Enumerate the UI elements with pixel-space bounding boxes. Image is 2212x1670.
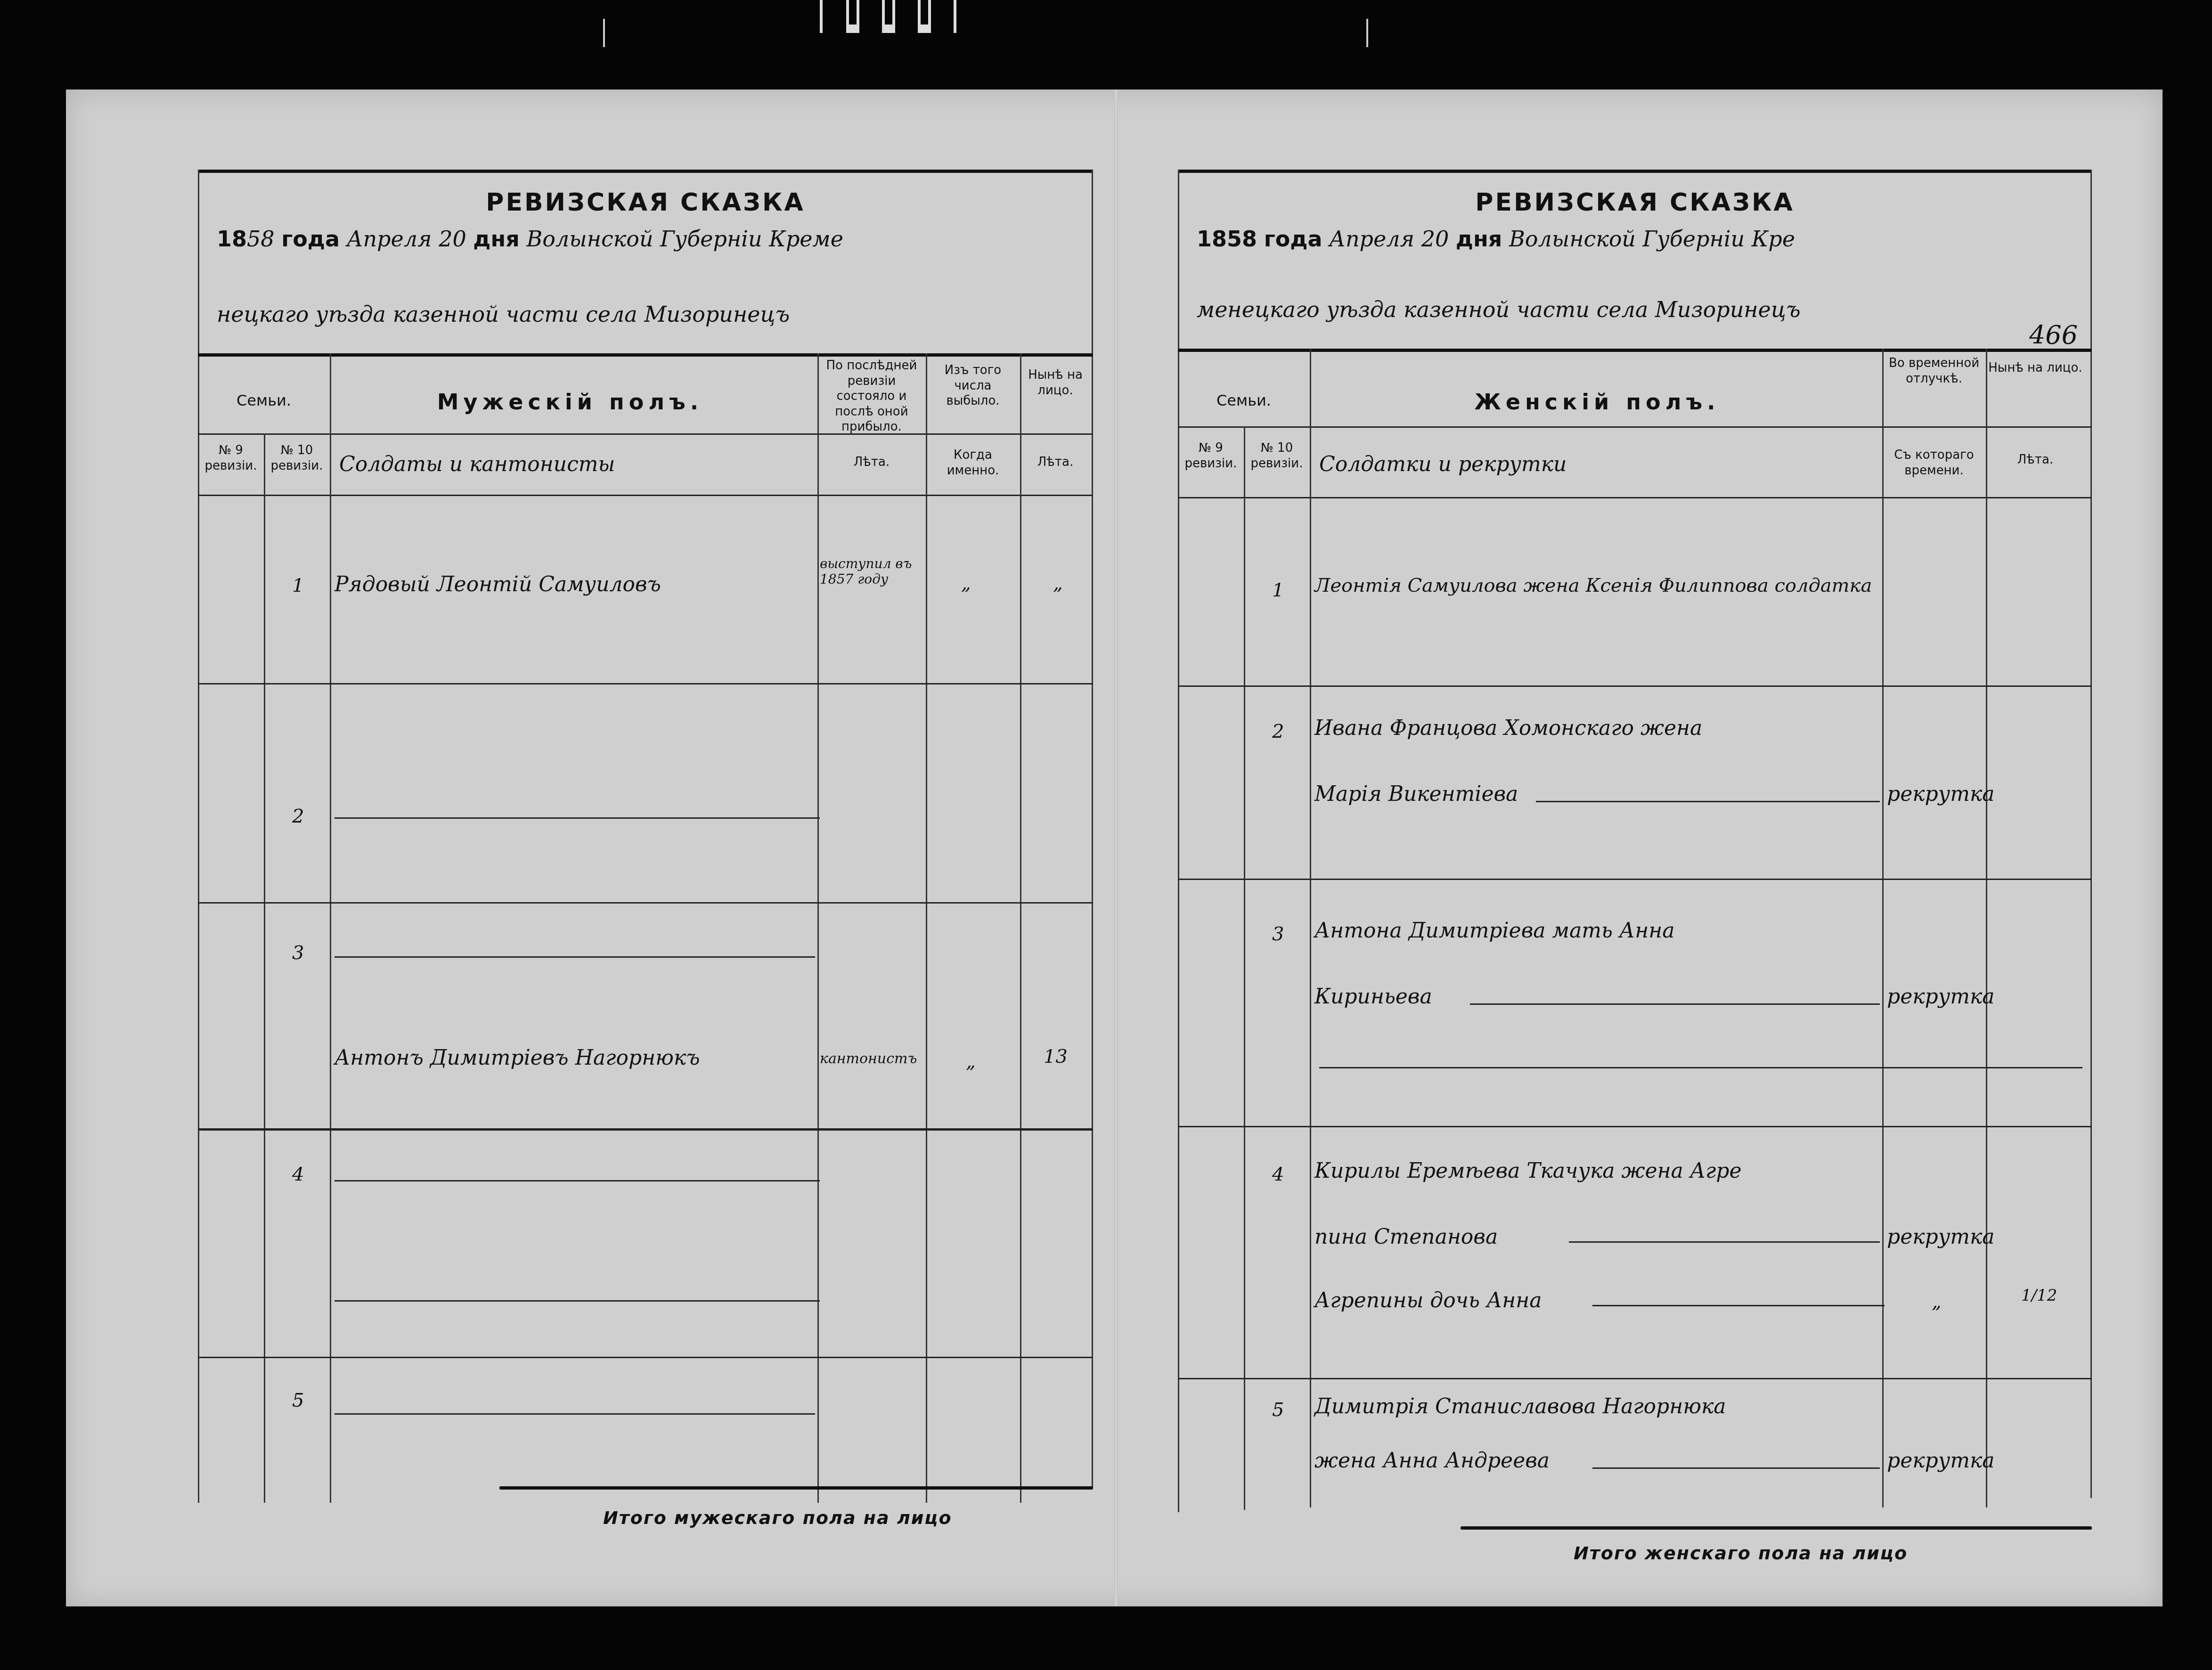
female-entry-line: жена Анна Андреева (1314, 1449, 1550, 1473)
col-families: Семьи. (1183, 391, 1305, 410)
male-entry-name: Антонъ Димитріевъ Нагорнюкъ (335, 1046, 700, 1070)
row-number: 1 (1272, 579, 1284, 601)
row-number: 5 (1272, 1399, 1284, 1421)
absence-status: рекрутка (1887, 1225, 1994, 1249)
section-label: Солдатки и рекрутки (1319, 452, 1567, 476)
female-entry-line: Марія Викентіева (1314, 782, 1518, 806)
col-since: Съ котораго времени. (1885, 448, 1983, 478)
folio-number: 466 (2029, 320, 2078, 350)
ditto-mark: „ (966, 1051, 976, 1072)
col-no10: № 10 ревизіи. (1244, 440, 1310, 471)
col-last-revision: По послѣдней ревизіи состояло и послѣ он… (820, 358, 923, 435)
ditto-mark: „ (961, 572, 971, 594)
col-absence: Во временной отлучкѣ. (1885, 356, 1983, 386)
male-entry-name: Рядовый Леонтій Самуиловъ (335, 572, 661, 596)
ledger-spread: РЕВИЗСКАЯ СКАЗКА 1858 года Апреля 20 дня… (66, 90, 2163, 1606)
female-total-label: Итого женскаго пола на лицо (1574, 1543, 1908, 1564)
female-entry-line: Кириньева (1314, 985, 1432, 1009)
col-no9: № 9 ревизіи. (1180, 440, 1241, 471)
col-years: Лѣта. (1988, 452, 2082, 468)
left-page-male: РЕВИЗСКАЯ СКАЗКА 1858 года Апреля 20 дня… (198, 170, 1093, 1536)
frame-tick (1366, 19, 1368, 47)
header-location-line: нецкаго уѣзда казенной части села Мизори… (217, 301, 1084, 327)
male-entry-status: кантонистъ (820, 1051, 917, 1067)
absence-status: рекрутка (1887, 985, 1994, 1009)
row-number: 4 (1272, 1164, 1284, 1185)
row-number: 3 (292, 942, 304, 964)
absence-status: рекрутка (1887, 782, 1994, 806)
col-when: Когда именно. (928, 448, 1018, 478)
male-total-label: Итого мужескаго пола на лицо (603, 1507, 952, 1528)
book-fold (1114, 90, 1118, 1606)
female-entry-line: Антона Димитріева мать Анна (1314, 919, 1674, 943)
row-number: 3 (1272, 923, 1284, 945)
col-present: Нынѣ на лицо. (1988, 360, 2082, 376)
male-entry-status: выступил въ 1857 году (820, 556, 923, 587)
col-present: Нынѣ на лицо. (1020, 367, 1091, 398)
col-no10: № 10 ревизіи. (264, 443, 330, 473)
digit-fragment (846, 0, 859, 33)
header-date-line: 1858 года Апреля 20 дня Волынской Губерн… (217, 226, 1084, 252)
frame-tick (603, 19, 605, 47)
female-entry-line: Димитрія Станиславова Нагорнюка (1314, 1394, 1726, 1418)
row-number: 5 (292, 1390, 304, 1411)
digit-fragment (918, 0, 931, 33)
row-number: 4 (292, 1164, 304, 1185)
section-label: Солдаты и кантонисты (339, 452, 615, 476)
header-location-line: менецкаго уѣзда казенной части села Мизо… (1197, 297, 2082, 322)
digit-fragment (954, 0, 957, 33)
header-date-line: 1858 года Апреля 20 дня Волынской Губерн… (1197, 226, 2082, 252)
right-page-female: РЕВИЗСКАЯ СКАЗКА 1858 года Апреля 20 дня… (1178, 170, 2092, 1536)
col-no9: № 9 ревизіи. (200, 443, 261, 473)
female-entry-line: Леонтія Самуилова жена Ксенія Филиппова … (1314, 575, 1872, 596)
ditto-mark: „ (1053, 572, 1063, 594)
row-number: 2 (1272, 721, 1284, 742)
col-female-sex: Женскій полъ. (1314, 389, 1880, 416)
digit-fragment (820, 0, 824, 33)
col-years2: Лѣта. (1020, 455, 1091, 470)
row-number: 1 (292, 575, 304, 596)
age-value: 1/12 (2021, 1286, 2057, 1305)
age-value: 13 (1044, 1046, 1068, 1067)
female-entry-line: Ивана Францова Хомонскаго жена (1314, 716, 1702, 740)
female-entry-line: Кирилы Еремѣева Ткачука жена Агре (1314, 1159, 1742, 1183)
frame-number-marker (820, 0, 957, 38)
row-number: 2 (292, 806, 304, 827)
col-departed: Изъ того числа выбыло. (928, 363, 1018, 409)
female-entry-line: Агрепины дочь Анна (1314, 1288, 1542, 1312)
col-male-sex: Мужескій полъ. (335, 389, 806, 416)
col-years: Лѣта. (820, 455, 923, 470)
digit-fragment (882, 0, 895, 33)
page-title: РЕВИЗСКАЯ СКАЗКА (198, 188, 1093, 217)
page-title: РЕВИЗСКАЯ СКАЗКА (1178, 188, 2092, 217)
col-families: Семьи. (203, 391, 325, 410)
ditto-mark: „ (1932, 1291, 1942, 1312)
female-entry-line: пина Степанова (1314, 1225, 1498, 1249)
absence-status: рекрутка (1887, 1449, 1994, 1473)
